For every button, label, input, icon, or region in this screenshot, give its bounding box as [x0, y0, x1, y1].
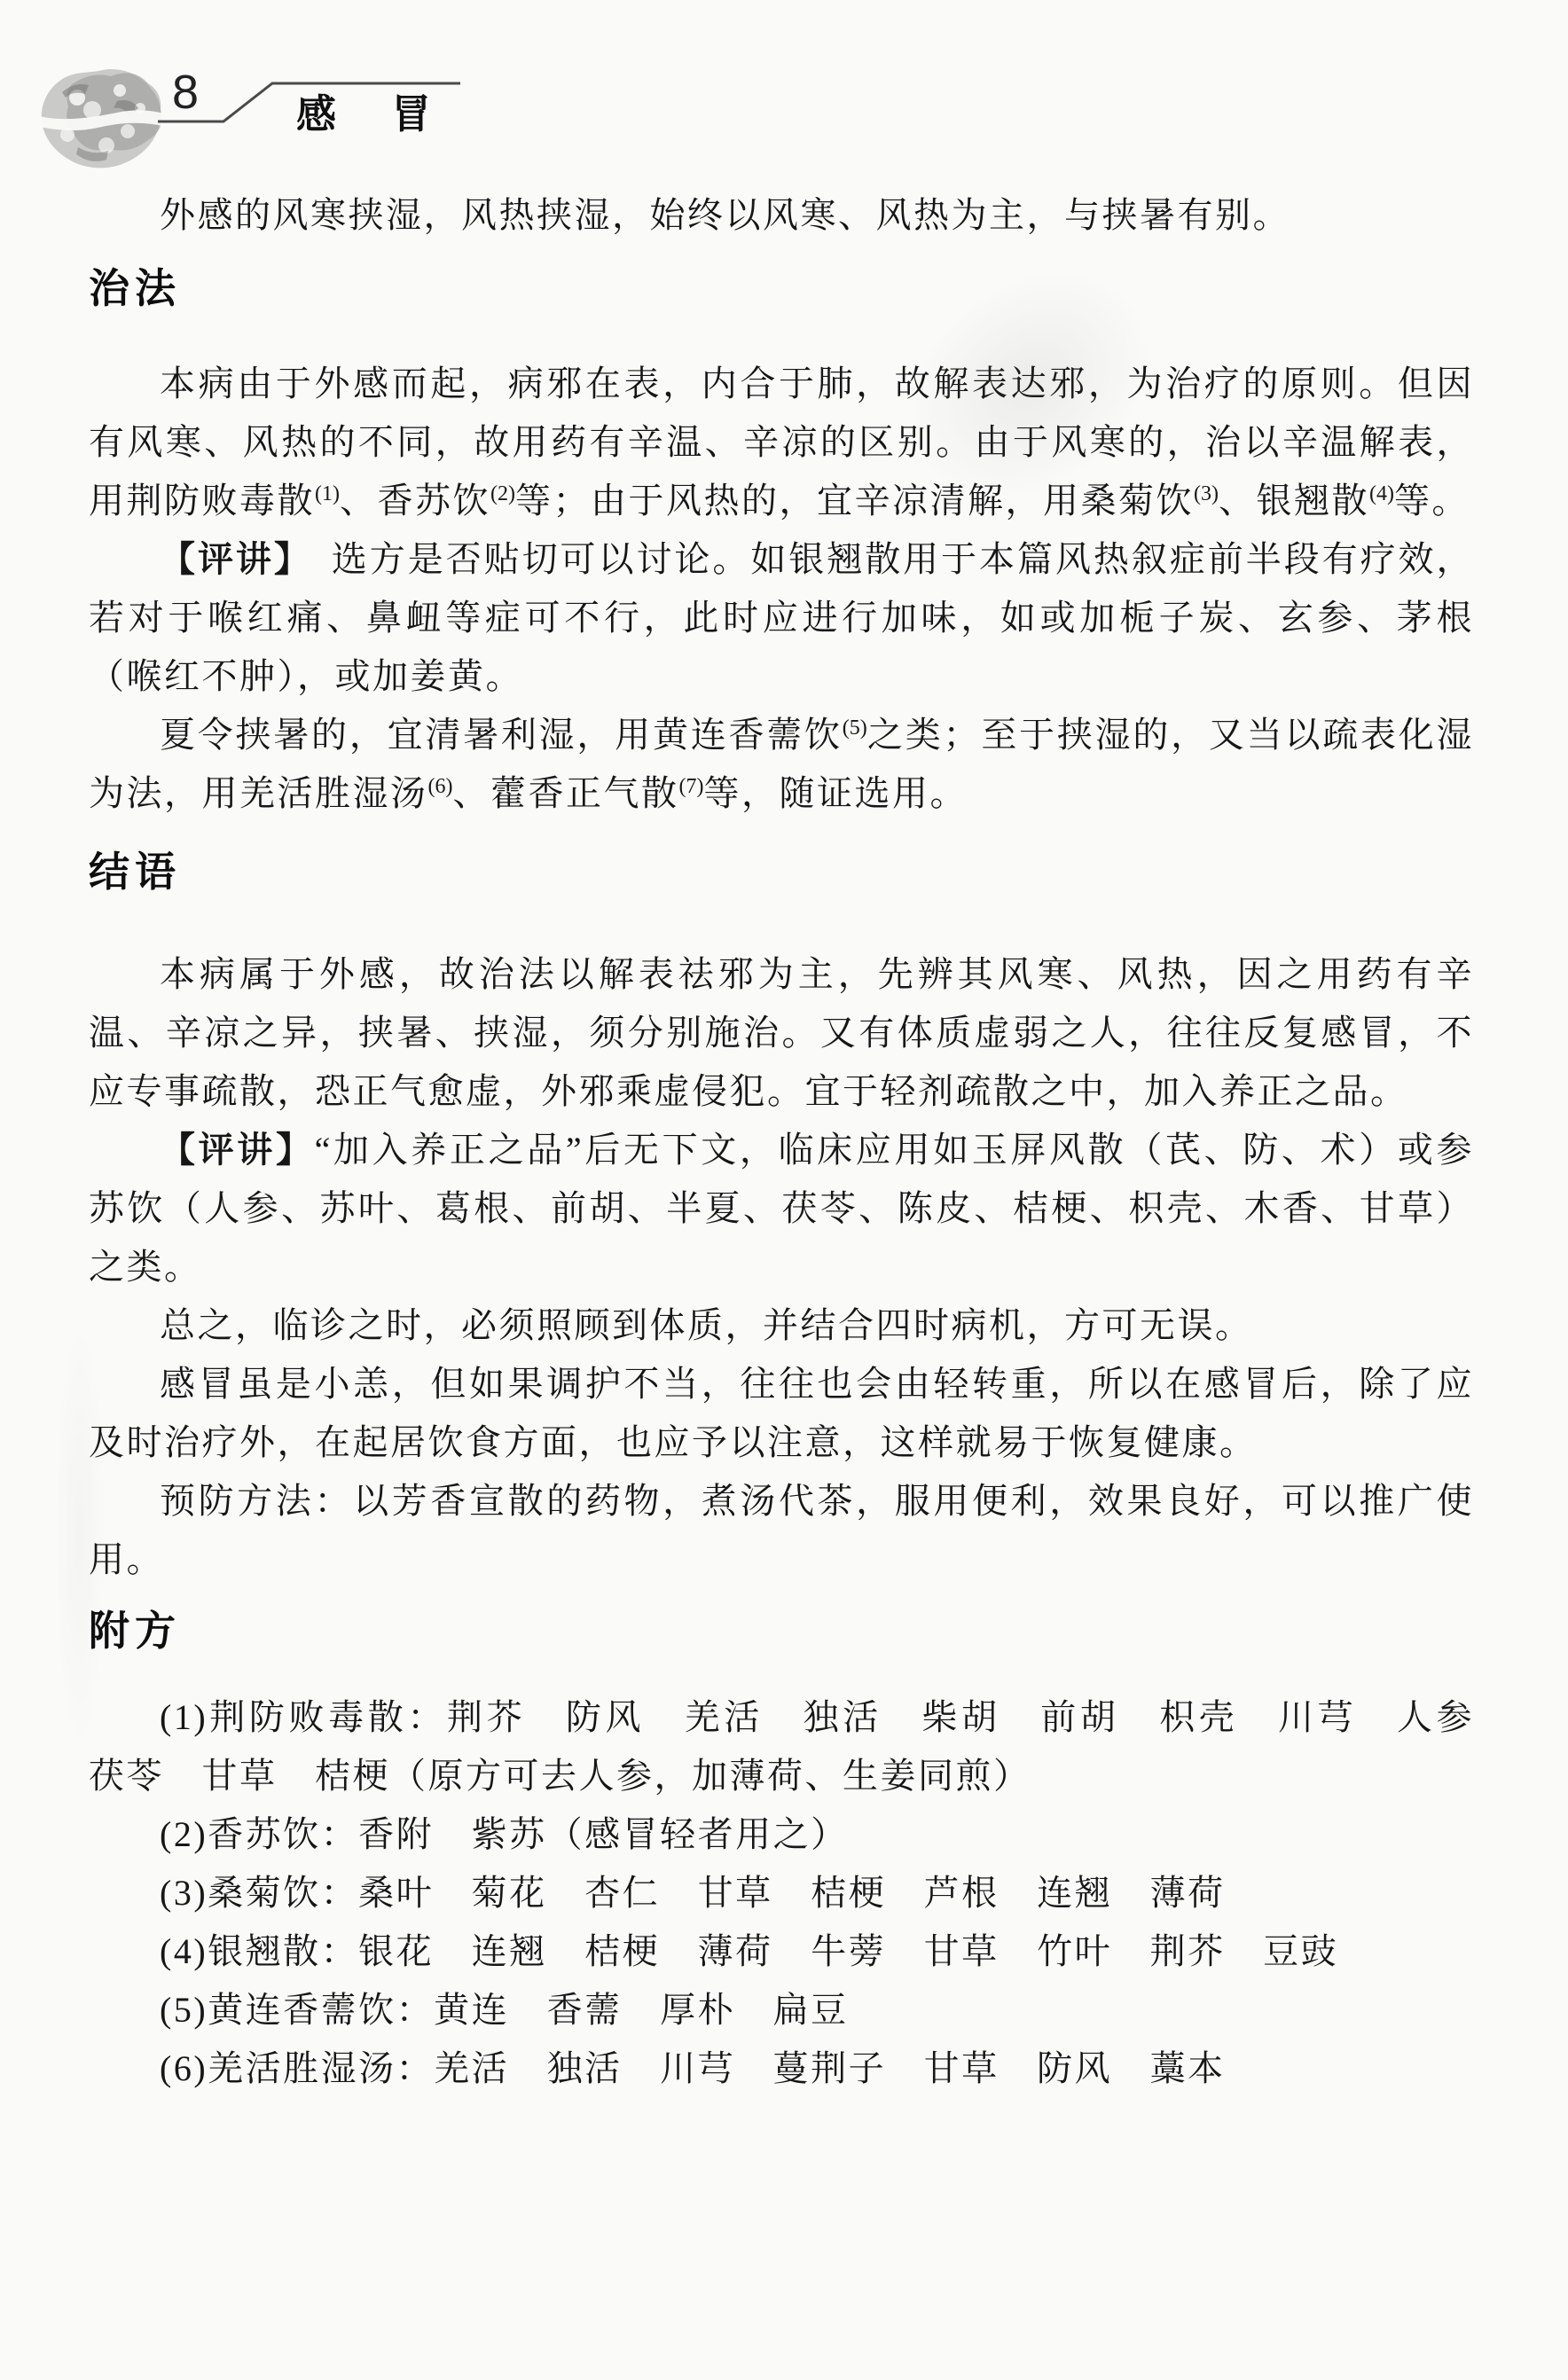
footnote-ref-4: (4) [1369, 482, 1394, 505]
text-run: 等；由于风热的，宜辛凉清解，用桑菊饮 [515, 481, 1194, 521]
treatment-paragraph-1: 本病由于外感而起，病邪在表，内合于肺，故解表达邪，为治疗的原则。但因有风寒、风热… [89, 355, 1474, 530]
footnote-ref-1: (1) [315, 482, 340, 505]
page-body: 外感的风寒挟湿，风热挟湿，始终以风寒、风热为主，与挟暑有别。 治法 本病由于外感… [0, 186, 1568, 2098]
intro-paragraph: 外感的风寒挟湿，风热挟湿，始终以风寒、风热为主，与挟暑有别。 [89, 186, 1474, 245]
footnote-ref-2: (2) [490, 482, 515, 505]
formula-item-3: (3)桑菊饮：桑叶 菊花 杏仁 甘草 桔梗 芦根 连翘 薄荷 [89, 1864, 1474, 1922]
treatment-paragraph-2: 夏令挟暑的，宜清暑利湿，用黄连香薷饮(5)之类；至于挟湿的，又当以疏表化湿为法，… [89, 706, 1474, 823]
text-run: 等。 [1394, 481, 1470, 521]
book-page: 8 感冒 外感的风寒挟湿，风热挟湿，始终以风寒、风热为主，与挟暑有别。 治法 本… [0, 0, 1568, 2380]
footnote-ref-6: (6) [428, 775, 453, 798]
footnote-ref-7: (7) [678, 775, 703, 798]
formula-item-4: (4)银翘散：银花 连翘 桔梗 薄荷 牛蒡 甘草 竹叶 荆芥 豆豉 [89, 1922, 1474, 1981]
summary-paragraph-2: 总之，临诊之时，必须照顾到体质，并结合四时病机，方可无误。 [89, 1296, 1474, 1355]
text-run: 、香苏饮 [340, 481, 490, 521]
commentary-tag: 【评讲】 [160, 539, 312, 579]
summary-paragraph-4: 预防方法：以芳香宣散的药物，煮汤代茶，服用便利，效果良好，可以推广使用。 [89, 1472, 1474, 1589]
formula-item-2: (2)香苏饮：香附 紫苏（感冒轻者用之） [89, 1805, 1474, 1864]
page-header: 8 感冒 [0, 0, 1568, 186]
footnote-ref-5: (5) [843, 716, 867, 740]
text-run: 等，随证选用。 [703, 773, 968, 813]
summary-commentary: 【评讲】“加入养正之品”后无下文，临床应用如玉屏风散（芪、防、术）或参苏饮（人参… [89, 1121, 1474, 1296]
text-run: 、藿香正气散 [452, 773, 678, 813]
footnote-ref-3: (3) [1194, 482, 1219, 505]
section-heading-treatment: 治法 [89, 264, 1474, 314]
summary-paragraph-3: 感冒虽是小恙，但如果调护不当，往往也会由轻转重，所以在感冒后，除了应及时治疗外，… [89, 1355, 1474, 1472]
formula-item-6: (6)羌活胜湿汤：羌活 独活 川芎 蔓荆子 甘草 防风 藁本 [89, 2039, 1474, 2098]
summary-paragraph-1: 本病属于外感，故治法以解表祛邪为主，先辨其风寒、风热，因之用药有辛温、辛凉之异，… [89, 945, 1474, 1121]
text-run: 、银翘散 [1219, 481, 1369, 521]
commentary-tag: 【评讲】 [160, 1130, 315, 1170]
text-run: 夏令挟暑的，宜清暑利湿，用黄连香薷饮 [160, 715, 843, 755]
page-number: 8 [172, 67, 199, 117]
section-heading-formulas: 附方 [89, 1607, 1474, 1656]
chapter-title: 感冒 [296, 92, 486, 137]
formula-item-1: (1)荆防败毒散：荆芥 防风 羌活 独活 柴胡 前胡 枳壳 川芎 人参 茯苓 甘… [89, 1688, 1474, 1805]
treatment-commentary: 【评讲】选方是否贴切可以讨论。如银翘散用于本篇风热叙症前半段有疗效，若对于喉红痛… [89, 530, 1474, 706]
section-heading-summary: 结语 [89, 848, 1474, 897]
formula-item-5: (5)黄连香薷饮：黄连 香薷 厚朴 扁豆 [89, 1981, 1474, 2039]
